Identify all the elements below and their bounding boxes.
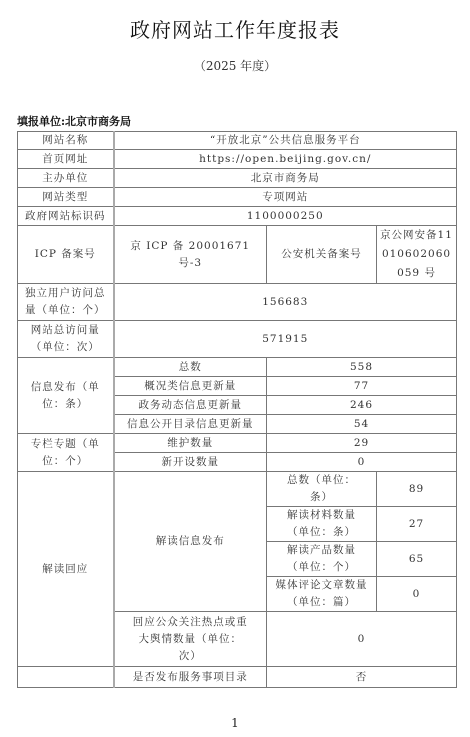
site-name-label: 网站名称 — [18, 132, 114, 150]
sponsor-value: 北京市商务局 — [114, 169, 457, 188]
interpretation-row-label: 媒体评论文章数量（单位：篇） — [267, 577, 377, 612]
site-name-value: “开放北京”公共信息服务平台 — [114, 132, 457, 150]
report-year: （2025 年度） — [0, 57, 470, 74]
info-publish-row-value: 77 — [267, 377, 457, 396]
interpretation-label: 解读回应 — [18, 472, 114, 667]
table-row: 独立用户访问总量（单位：个） 156683 — [18, 284, 457, 321]
info-publish-row-label: 概况类信息更新量 — [114, 377, 267, 396]
filing-unit: 填报单位:北京市商务局 — [17, 113, 131, 129]
service-catalog-label: 是否发布服务事项目录 — [114, 667, 267, 688]
table-row: 信息发布（单位：条） 总数 558 — [18, 358, 457, 377]
sponsor-label: 主办单位 — [18, 169, 114, 188]
info-publish-row-value: 54 — [267, 415, 457, 434]
info-publish-row-label: 总数 — [114, 358, 267, 377]
info-publish-row-label: 信息公开目录信息更新量 — [114, 415, 267, 434]
total-visits-value: 571915 — [114, 321, 457, 358]
icp-label: ICP 备案号 — [18, 226, 114, 284]
unique-visitors-label: 独立用户访问总量（单位：个） — [18, 284, 114, 321]
interpretation-row-value: 65 — [377, 542, 457, 577]
homepage-url-value: https://open.beijing.gov.cn/ — [114, 150, 457, 169]
unique-visitors-value: 156683 — [114, 284, 457, 321]
table-row: 政府网站标识码 1100000250 — [18, 207, 457, 226]
interpretation-publish-label: 解读信息发布 — [114, 472, 267, 612]
page-title: 政府网站工作年度报表 — [0, 14, 470, 43]
interpretation-row-label: 解读材料数量（单位：条） — [267, 507, 377, 542]
table-row: 是否发布服务事项目录 否 — [18, 667, 457, 688]
report-table: 网站名称 “开放北京”公共信息服务平台 首页网址 https://open.be… — [17, 131, 457, 688]
table-row: 网站名称 “开放北京”公共信息服务平台 — [18, 132, 457, 150]
response-value: 0 — [267, 612, 457, 667]
columns-row-label: 维护数量 — [114, 434, 267, 453]
site-id-label: 政府网站标识码 — [18, 207, 114, 226]
total-visits-label: 网站总访问量（单位：次） — [18, 321, 114, 358]
columns-label: 专栏专题（单位：个） — [18, 434, 114, 472]
interpretation-row-value: 89 — [377, 472, 457, 507]
response-label: 回应公众关注热点或重大舆情数量（单位：次） — [114, 612, 267, 667]
site-type-label: 网站类型 — [18, 188, 114, 207]
table-row: 网站总访问量（单位：次） 571915 — [18, 321, 457, 358]
empty-cell — [18, 667, 114, 688]
info-publish-row-label: 政务动态信息更新量 — [114, 396, 267, 415]
columns-row-value: 0 — [267, 453, 457, 472]
page-number: 1 — [0, 716, 470, 730]
columns-row-value: 29 — [267, 434, 457, 453]
interpretation-row-value: 27 — [377, 507, 457, 542]
site-id-value: 1100000250 — [114, 207, 457, 226]
table-row: ICP 备案号 京 ICP 备 20001671 号-3 公安机关备案号 京公网… — [18, 226, 457, 284]
service-catalog-value: 否 — [267, 667, 457, 688]
police-record-value: 京公网安备11010602060059 号 — [377, 226, 457, 284]
info-publish-label: 信息发布（单位：条） — [18, 358, 114, 434]
interpretation-row-label: 解读产品数量（单位：个） — [267, 542, 377, 577]
table-row: 专栏专题（单位：个） 维护数量 29 — [18, 434, 457, 453]
table-row: 网站类型 专项网站 — [18, 188, 457, 207]
interpretation-row-value: 0 — [377, 577, 457, 612]
site-type-value: 专项网站 — [114, 188, 457, 207]
table-row: 主办单位 北京市商务局 — [18, 169, 457, 188]
info-publish-row-value: 558 — [267, 358, 457, 377]
columns-row-label: 新开设数量 — [114, 453, 267, 472]
interpretation-row-label: 总数（单位：条） — [267, 472, 377, 507]
table-row: 首页网址 https://open.beijing.gov.cn/ — [18, 150, 457, 169]
police-record-label: 公安机关备案号 — [267, 226, 377, 284]
homepage-url-label: 首页网址 — [18, 150, 114, 169]
icp-value: 京 ICP 备 20001671 号-3 — [114, 226, 267, 284]
table-row: 解读回应 解读信息发布 总数（单位：条） 89 — [18, 472, 457, 507]
info-publish-row-value: 246 — [267, 396, 457, 415]
